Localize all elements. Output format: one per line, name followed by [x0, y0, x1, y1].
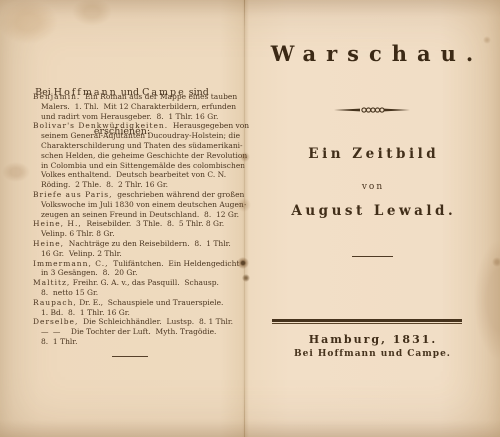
right-page: Warschau. Ein Zeitbild von August Lewald…	[244, 0, 500, 437]
entry-text: Ein Roman aus der Mappe eines tauben	[80, 92, 237, 101]
catalog-line: 1. Bd. 8. 1 Thlr. 16 Gr.	[33, 308, 241, 318]
entry-text: in Colombia und ein Sittengemälde des co…	[41, 161, 245, 170]
entry-text: Volkswoche im Juli 1830 von einem deutsc…	[41, 200, 246, 209]
entry-text: Velinp. 6 Thlr. 8 Gr.	[41, 229, 115, 238]
entry-text: 16 Gr. Velinp. 2 Thlr.	[41, 249, 122, 258]
entry-author: Benjamin.	[33, 92, 80, 101]
page-title: Warschau.	[244, 41, 500, 66]
entry-text: 1. Bd. 8. 1 Thlr. 16 Gr.	[41, 308, 130, 317]
entry-text: Nachträge zu den Reisebildern. 8. 1 Thlr…	[64, 239, 231, 248]
author-name: August Lewald.	[244, 203, 500, 219]
entry-text: und radirt vom Herausgeber. 8. 1 Thlr. 1…	[41, 112, 218, 121]
catalog-line: Malers. 1. Thl. Mit 12 Charakterbildern,…	[33, 102, 241, 112]
entry-author: Heine,	[33, 239, 64, 248]
ornament-icon	[334, 105, 410, 115]
entry-author: Derselbe,	[33, 317, 78, 326]
entry-author: Maltitz,	[33, 278, 70, 287]
catalog-end-rule	[112, 356, 148, 357]
entry-text: schen Helden, die geheime Geschichte der…	[41, 151, 247, 160]
imprint-double-rule	[272, 319, 462, 324]
entry-text: Volkes enthaltend. Deutsch bearbeitet vo…	[41, 170, 226, 179]
entry-text: 8. 1 Thlr.	[41, 337, 77, 346]
entry-author: Raupach,	[33, 298, 77, 307]
entry-text: seinem General-Adjutanten Ducoudray-Hols…	[41, 131, 240, 140]
catalog-line: Volkes enthaltend. Deutsch bearbeitet vo…	[33, 170, 241, 180]
entry-text: Herausgegeben von	[168, 121, 249, 130]
catalog-line: 16 Gr. Velinp. 2 Thlr.	[33, 249, 241, 259]
book-scan: Bei Hoffmann und Campe sind erschienen: …	[0, 0, 500, 437]
catalog-line: Immermann, C., Tulifäntchen. Ein Heldeng…	[33, 259, 241, 269]
catalog-line: Maltitz, Freihr. G. A. v., das Pasquill.…	[33, 278, 241, 288]
catalog-list: Benjamin. Ein Roman aus der Mappe eines …	[33, 92, 241, 347]
entry-text: Tulifäntchen. Ein Heldengedicht	[108, 259, 239, 268]
entry-text: zeugen an seinen Freund in Deutschland. …	[41, 210, 239, 219]
catalog-line: Derselbe, Die Schleichhändler. Lustsp. 8…	[33, 317, 241, 327]
catalog-line: in Colombia und ein Sittengemälde des co…	[33, 161, 241, 171]
catalog-line: — — Die Tochter der Luft. Myth. Tragödie…	[33, 327, 241, 337]
entry-text: Die Tochter der Luft. Myth. Tragödie.	[61, 327, 216, 336]
catalog-line: zeugen an seinen Freund in Deutschland. …	[33, 210, 241, 220]
catalog-line: und radirt vom Herausgeber. 8. 1 Thlr. 1…	[33, 112, 241, 122]
catalog-line: Briefe aus Paris, geschrieben während de…	[33, 190, 241, 200]
entry-text: Die Schleichhändler. Lustsp. 8. 1 Thlr.	[78, 317, 233, 326]
entry-text: Malers. 1. Thl. Mit 12 Charakterbildern,…	[41, 102, 236, 111]
subtitle: Ein Zeitbild	[244, 146, 500, 162]
catalog-line: seinem General-Adjutanten Ducoudray-Hols…	[33, 131, 241, 141]
ornament-divider	[244, 100, 500, 119]
entry-text: Dr. E., Schauspiele und Trauerspiele.	[77, 298, 224, 307]
catalog-line: Charakterschilderung und Thaten des süda…	[33, 141, 241, 151]
catalog-line: Heine, H., Reisebilder. 3 Thle. 8. 5 Thl…	[33, 219, 241, 229]
entry-text: Röding. 2 Thle. 8. 2 Thlr. 16 Gr.	[41, 180, 168, 189]
imprint-city-year: Hamburg, 1831.	[244, 333, 500, 346]
entry-text: Charakterschilderung und Thaten des süda…	[41, 141, 243, 150]
entry-text: Reisebilder. 3 Thle. 8. 5 Thlr. 8 Gr.	[82, 219, 224, 228]
entry-author: Bolivar's Denkwürdigkeiten.	[33, 121, 168, 130]
catalog-line: Velinp. 6 Thlr. 8 Gr.	[33, 229, 241, 239]
catalog-line: Volkswoche im Juli 1830 von einem deutsc…	[33, 200, 241, 210]
mid-rule	[352, 256, 393, 257]
catalog-line: 8. 1 Thlr.	[33, 337, 241, 347]
entry-author: Heine, H.,	[33, 219, 82, 228]
entry-text: Freihr. G. A. v., das Pasquill. Schausp.	[70, 278, 219, 287]
entry-text: geschrieben während der großen	[112, 190, 244, 199]
catalog-line: Bolivar's Denkwürdigkeiten. Herausgegebe…	[33, 121, 241, 131]
entry-author: — —	[41, 327, 61, 336]
catalog-line: Benjamin. Ein Roman aus der Mappe eines …	[33, 92, 241, 102]
entry-text: in 3 Gesängen. 8. 20 Gr.	[41, 268, 138, 277]
byline-prefix: von	[244, 182, 500, 192]
catalog-line: Heine, Nachträge zu den Reisebildern. 8.…	[33, 239, 241, 249]
entry-text: 8. netto 15 Gr.	[41, 288, 98, 297]
catalog-line: schen Helden, die geheime Geschichte der…	[33, 151, 241, 161]
catalog-line: 8. netto 15 Gr.	[33, 288, 241, 298]
page-gutter	[244, 0, 245, 437]
catalog-line: in 3 Gesängen. 8. 20 Gr.	[33, 268, 241, 278]
entry-author: Immermann, C.,	[33, 259, 108, 268]
entry-author: Briefe aus Paris,	[33, 190, 112, 199]
imprint-publisher: Bei Hoffmann und Campe.	[244, 349, 500, 359]
left-page: Bei Hoffmann und Campe sind erschienen: …	[0, 0, 244, 437]
catalog-line: Röding. 2 Thle. 8. 2 Thlr. 16 Gr.	[33, 180, 241, 190]
catalog-line: Raupach, Dr. E., Schauspiele und Trauers…	[33, 298, 241, 308]
